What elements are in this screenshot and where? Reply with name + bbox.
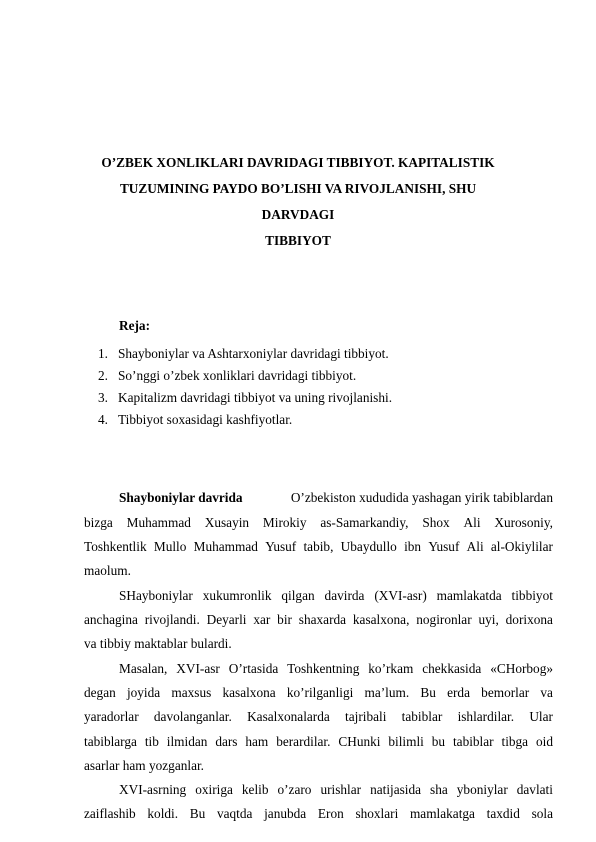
- plan-item: 4.Tibbiyot soxasidagi kashfiyotlar.: [98, 409, 392, 431]
- plan-list: 1.Shayboniylar va Ashtarxoniylar davrida…: [98, 343, 392, 431]
- title-line: TIBBIYOT: [84, 228, 512, 254]
- paragraph-line: bizgaMuhammadXusayinMirokiyas-Samarkandi…: [84, 515, 553, 531]
- title-line: O’ZBEK XONLIKLARI DAVRIDAGI TIBBIYOT. KA…: [84, 150, 512, 176]
- paragraph-line: Shayboniylar davridaO’zbekiston xududida…: [119, 490, 553, 506]
- plan-item: 3.Kapitalizm davridagi tibbiyot va uning…: [98, 387, 392, 409]
- plan-item: 1.Shayboniylar va Ashtarxoniylar davrida…: [98, 343, 392, 365]
- paragraph-line: deganjoyidamaxsuskasalxonako’rilganligim…: [84, 685, 553, 701]
- plan-item: 2.So’nggi o’zbek xonliklari davridagi ti…: [98, 365, 392, 387]
- paragraph-line: Masalan,XVI-asrO’rtasidaToshkentningko’r…: [119, 661, 553, 677]
- paragraph-line: anchaginarivojlandi.Deyarlixarbirshaxard…: [84, 612, 553, 628]
- document-title: O’ZBEK XONLIKLARI DAVRIDAGI TIBBIYOT. KA…: [84, 150, 512, 254]
- plan-heading: Reja:: [119, 318, 150, 334]
- title-line: TUZUMINING PAYDO BO’LISHI VA RIVOJLANISH…: [84, 176, 512, 228]
- paragraph-line: asarlar ham yozganlar.: [84, 758, 553, 774]
- bold-lead: Shayboniylar davrida: [119, 490, 243, 506]
- paragraph-line: SHayboniylarxukumronlikqilgandavirda(XVI…: [119, 588, 553, 604]
- paragraph-line: yaradorlardavolanganlar.Kasalxonalardata…: [84, 709, 553, 725]
- paragraph-line: ToshkentlikMulloMuhammadYusuftabib,Ubayd…: [84, 539, 553, 555]
- document-page: O’ZBEK XONLIKLARI DAVRIDAGI TIBBIYOT. KA…: [0, 0, 596, 842]
- paragraph-line: XVI-asrningoxirigakelibo’zarourishlarnat…: [119, 782, 553, 798]
- paragraph-line: tabiblargatibilmidandarshamberardilar.CH…: [84, 734, 553, 750]
- paragraph-line: zaiflashibkoldi.BuvaqtdajanubdaEronshoxl…: [84, 806, 553, 822]
- paragraph-line: maolum.: [84, 563, 553, 579]
- paragraph-line: va tibbiy maktablar bulardi.: [84, 636, 553, 652]
